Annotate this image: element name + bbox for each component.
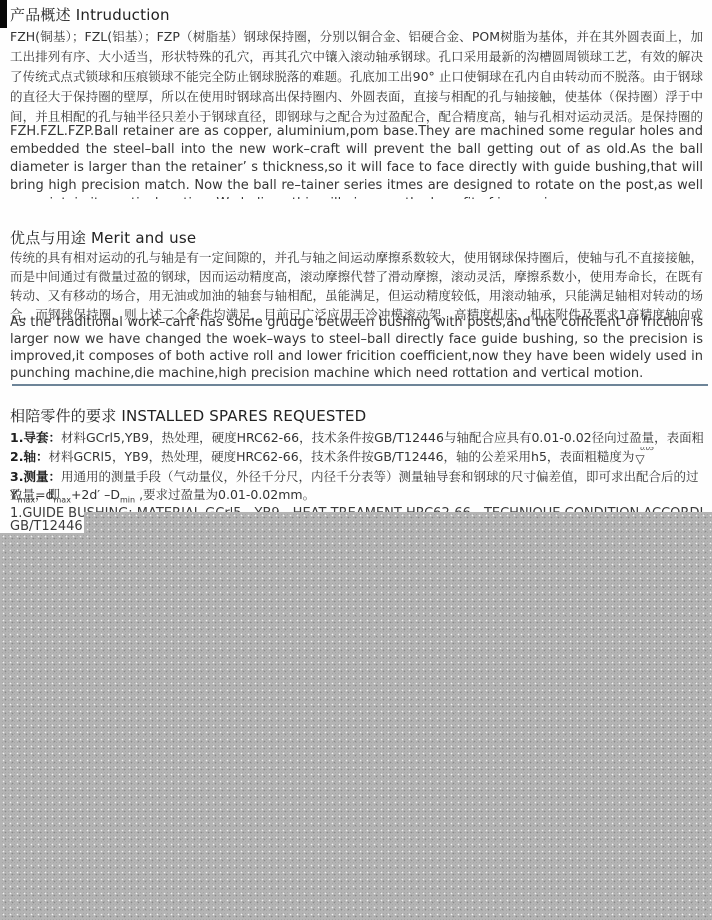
section-divider-rule [12, 384, 708, 386]
spares-heading: 相陪零件的要求 INSTALLED SPARES REQUESTED [10, 405, 703, 426]
merit-paragraph-en: As the traditional work–carft has some g… [10, 314, 703, 382]
spares-item-guide-bushing: 1.导套：材料GCrl5,YB9，热处理，硬度HRC62-66，技术条件按GB/… [10, 428, 703, 446]
surface-roughness-symbol: 0.05▽ [635, 449, 652, 464]
intro-paragraph-en: FZH.FZL.FZP.Ball retainer are as copper,… [10, 123, 703, 199]
roughness-triangle-icon: ▽ [635, 453, 644, 465]
item1-text: 材料GCrl5,YB9，热处理，硬度HRC62-66，技术条件按GB/T1244… [61, 430, 703, 445]
intro-heading: 产品概述 Intruduction [10, 4, 703, 25]
item2-label: 2.轴： [10, 449, 48, 464]
item2-text: 材料GCRl5，YB9，热处理，硬度HRC62-66，技术条件按GB/T1244… [48, 449, 634, 464]
formula-part: +2d′ –D [71, 487, 120, 502]
gray-scan-area-right [84, 512, 712, 533]
item3-label: 3.测量： [10, 469, 61, 484]
document-page: { "page": { "background": "#fefefe", "te… [0, 0, 712, 920]
formula-part: =d [35, 487, 53, 502]
intro-paragraph-cn: FZH(铜基）；FZL(铝基）；FZP（树脂基）钢球保持圈，分别以铜合金、铝硬合… [10, 27, 703, 125]
spares-item-shaft: 2.轴：材料GCRl5，YB9，热处理，硬度HRC62-66，技术条件按GB/T… [10, 447, 703, 465]
merit-heading: 优点与用途 Merit and use [10, 227, 703, 248]
formula-part: Y [10, 487, 18, 502]
gray-scan-area-bottom [0, 533, 712, 920]
scan-corner-mark [0, 0, 7, 28]
item1-label: 1.导套： [10, 430, 61, 445]
formula-part: ,要求过盈量为0.01-0.02mm。 [135, 487, 315, 502]
